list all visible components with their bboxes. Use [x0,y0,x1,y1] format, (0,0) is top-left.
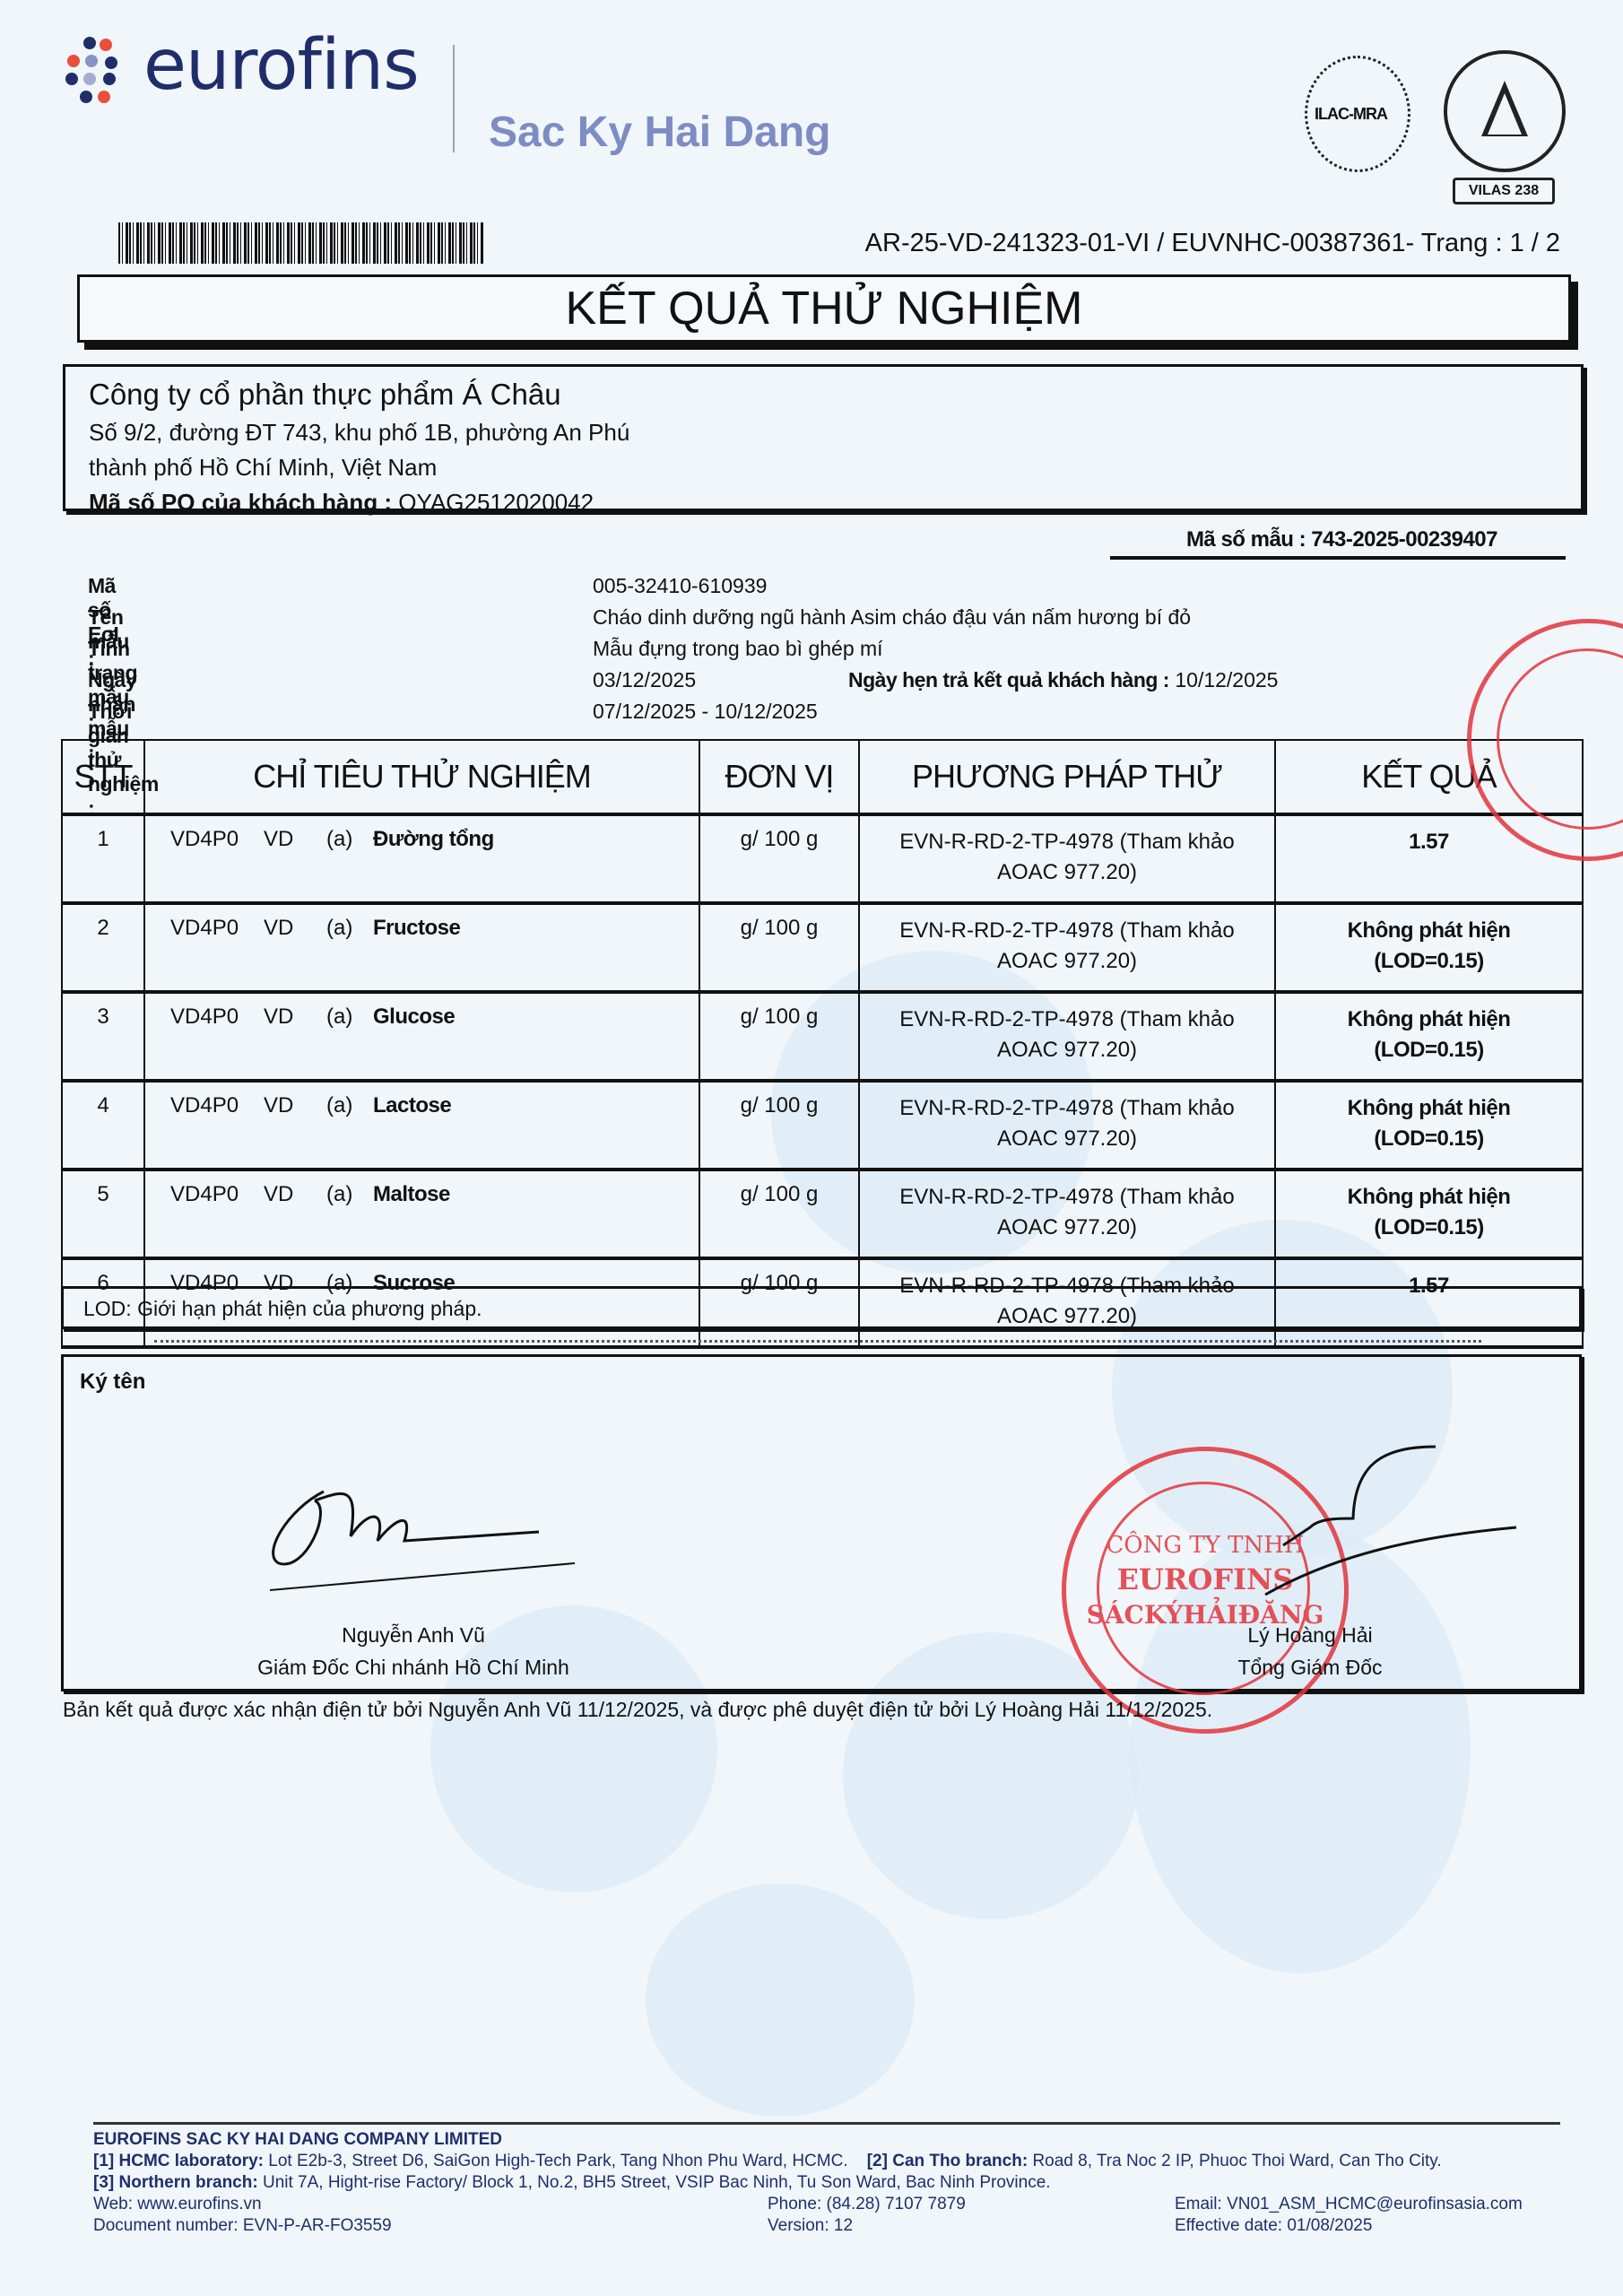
footer-address-3: [3] Northern branch: Unit 7A, Hight-rise… [93,2172,1618,2194]
cell-result: Không phát hiện(LOD=0.15) [1275,992,1583,1081]
cell-stt: 1 [62,814,144,903]
footer: EUROFINS SAC KY HAI DANG COMPANY LIMITED… [93,2129,1618,2237]
footer-doc-number: Document number: EVN-P-AR-FO3559 [93,2215,392,2237]
cell-indicator: VD4P0VD(a)Đường tổng [144,814,699,903]
cell-unit: g/ 100 g [699,1081,859,1170]
client-address-line-1: Số 9/2, đường ĐT 743, khu phố 1B, phường… [89,419,1558,447]
vilas-badge: VILAS 238 [1453,178,1555,204]
brand-subtitle: Sac Ky Hai Dang [489,108,830,157]
footer-effective-date: Effective date: 01/08/2025 [1175,2215,1372,2237]
table-row: 4VD4P0VD(a)Lactoseg/ 100 gEVN-R-RD-2-TP-… [62,1081,1583,1170]
client-info: Công ty cổ phần thực phẩm Á Châu Số 9/2,… [63,364,1584,511]
footer-company: EUROFINS SAC KY HAI DANG COMPANY LIMITED [93,2129,1618,2151]
cell-unit: g/ 100 g [699,903,859,992]
table-header-row: STT CHỈ TIÊU THỬ NGHIỆM ĐƠN VỊ PHƯƠNG PH… [62,740,1583,814]
col-unit: ĐƠN VỊ [699,740,859,814]
cell-result: Không phát hiện(LOD=0.15) [1275,903,1583,992]
table-row: 1VD4P0VD(a)Đường tổngg/ 100 gEVN-R-RD-2-… [62,814,1583,903]
cell-stt: 3 [62,992,144,1081]
col-stt: STT [62,740,144,814]
cell-unit: g/ 100 g [699,992,859,1081]
barcode [118,222,484,264]
cell-stt: 2 [62,903,144,992]
report-reference: AR-25-VD-241323-01-VI / EUVNHC-00387361-… [865,229,1560,258]
footer-divider [93,2122,1560,2125]
cell-method: EVN-R-RD-2-TP-4978 (Tham khảoAOAC 977.20… [859,1170,1275,1258]
signature-2-icon [1202,1438,1525,1617]
page-title: KẾT QUẢ THỬ NGHIỆM [77,274,1571,343]
footer-version: Version: 12 [768,2215,853,2237]
eurofins-logo-icon [61,34,133,106]
signature-1-icon [252,1456,593,1599]
cell-indicator: VD4P0VD(a)Fructose [144,903,699,992]
results-table: STT CHỈ TIÊU THỬ NGHIỆM ĐƠN VỊ PHƯƠNG PH… [61,739,1584,1349]
ilac-mra-logo: ILAC-MRA [1305,56,1410,172]
signature-label: Ký tên [80,1370,145,1395]
col-method: PHƯƠNG PHÁP THỬ [859,740,1275,814]
cell-method: EVN-R-RD-2-TP-4978 (Tham khảoAOAC 977.20… [859,992,1275,1081]
cell-stt: 4 [62,1081,144,1170]
sample-code: Mã số mẫu : 743-2025-00239407 [1186,527,1497,552]
footer-address-1-2: [1] HCMC laboratory: Lot E2b-3, Street D… [93,2151,1618,2172]
footer-phone: Phone: (84.28) 7107 7879 [768,2194,966,2215]
cell-result: Không phát hiện(LOD=0.15) [1275,1170,1583,1258]
cell-indicator: VD4P0VD(a)Lactose [144,1081,699,1170]
signature-section: Ký tên Nguyễn Anh Vũ Giám Đốc Chi nhánh … [61,1354,1582,1692]
cell-method: EVN-R-RD-2-TP-4978 (Tham khảoAOAC 977.20… [859,1081,1275,1170]
dotted-divider [154,1340,1481,1343]
signer-1: Nguyễn Anh Vũ Giám Đốc Chi nhánh Hồ Chí … [225,1619,602,1683]
col-indicator: CHỈ TIÊU THỬ NGHIỆM [144,740,699,814]
lod-note: LOD: Giới hạn phát hiện của phương pháp. [61,1286,1582,1329]
boa-vietnam-logo [1444,50,1566,172]
table-row: 5VD4P0VD(a)Maltoseg/ 100 gEVN-R-RD-2-TP-… [62,1170,1583,1258]
due-date: Ngày hẹn trả kết quả khách hàng : 10/12/… [848,668,1278,692]
cell-method: EVN-R-RD-2-TP-4978 (Tham khảoAOAC 977.20… [859,814,1275,903]
cell-unit: g/ 100 g [699,1170,859,1258]
client-address-line-2: thành phố Hồ Chí Minh, Việt Nam [89,454,1558,482]
client-name: Công ty cổ phần thực phẩm Á Châu [89,378,1558,412]
electronic-confirmation: Bản kết quả được xác nhận điện tử bởi Ng… [63,1698,1212,1722]
table-row: 3VD4P0VD(a)Glucoseg/ 100 gEVN-R-RD-2-TP-… [62,992,1583,1081]
cell-indicator: VD4P0VD(a)Maltose [144,1170,699,1258]
client-po: Mã số PO của khách hàng : OYAG2512020042 [89,489,1558,517]
divider [1110,556,1566,560]
background-shape [646,1883,915,2117]
table-row: 2VD4P0VD(a)Fructoseg/ 100 gEVN-R-RD-2-TP… [62,903,1583,992]
signer-2: Lý Hoàng Hải Tổng Giám Đốc [1176,1619,1445,1683]
cell-stt: 5 [62,1170,144,1258]
cell-indicator: VD4P0VD(a)Glucose [144,992,699,1081]
brand-name: eurofins [143,25,419,106]
footer-email-link[interactable]: Email: VN01_ASM_HCMC@eurofinsasia.com [1175,2194,1523,2215]
cell-method: EVN-R-RD-2-TP-4978 (Tham khảoAOAC 977.20… [859,903,1275,992]
cell-unit: g/ 100 g [699,814,859,903]
footer-web-link[interactable]: Web: www.eurofins.vn [93,2194,262,2215]
logo-divider [453,45,455,152]
cell-result: Không phát hiện(LOD=0.15) [1275,1081,1583,1170]
